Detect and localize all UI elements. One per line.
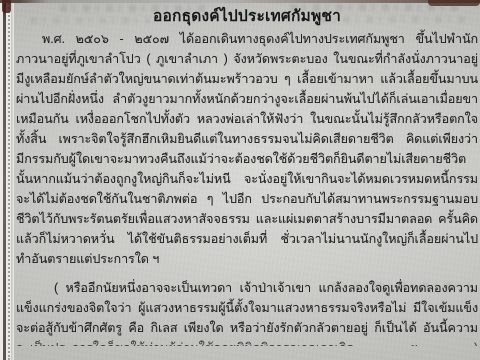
binding-perforation	[8, 0, 10, 360]
text-line: ทั้งสิ้น เพราะจิตใจรู้สึกฮึกเหิมยินดีแต่…	[16, 129, 478, 149]
text-line: ภาวนาอยู่ที่ภูเขาลำโปว ( ภูเขาลำเภา ) จั…	[16, 49, 478, 69]
top-left-dark-mark	[2, 0, 11, 13]
text-line: นั้นหากแม้นว่าต้องถูกงูใหญ่กินก็จะไม่หนี…	[16, 169, 478, 189]
partial-cutoff-line: จะเป็นประการใดก็ขอให้ท่านผู้อ่านใช้ดุลยพ…	[16, 338, 478, 346]
page-text-block: ออกธุดงค์ไปประเทศกัมพูชา พ.ศ. ๒๕๐๖ - ๒๕๐…	[16, 5, 478, 346]
text-line: มีกรรมกับผู้ใดเขาจะมาทวงคืนถึงแม้ว่าจะต้…	[16, 149, 478, 169]
binding-shadow	[11, 0, 14, 360]
text-line: ผ่านไปอีกฝั่งหนึ่ง ลำตัวงูยาวมากทั้งหนัก…	[16, 89, 478, 109]
top-edge-shadow	[0, 0, 480, 3]
text-line: ชีวิตไว้กับพระรัตนตรัยเพื่อแสวงหาสัจจธรร…	[16, 209, 478, 229]
page-title: ออกธุดงค์ไปประเทศกัมพูชา	[16, 5, 478, 29]
text-line: แล้วก็ไม่หวาดหวั่น ได้ใช้ขันติธรรมอย่างเ…	[16, 229, 478, 249]
text-line: จะได้ไม่ต้องชดใช้กันในชาติภพต่อ ๆ ไปอีก …	[16, 189, 478, 209]
text-line: เหมือนกัน เหงื่อออกโชกไปทั้งตัว หลวงพ่อเ…	[16, 109, 478, 129]
book-binding-edge	[0, 0, 14, 360]
text-line: มีงูเหลือมยักษ์ลำตัวใหญ่ขนาดเท่าต้นมะพร้…	[16, 69, 478, 89]
page-edge-line	[3, 0, 6, 360]
text-line: ทำอันตรายแต่ประการใด ฯ	[16, 249, 478, 269]
text-line: จะต่อสู้กับข้าศึกศัตรู คือ กิเลส เพียงใด…	[16, 318, 478, 338]
text-line: ( หรืออีกนัยหนึ่งอาจจะเป็นเทวดา เจ้าป่าเ…	[16, 278, 478, 298]
scanned-book-page: ออกธุดงค์ไปประเทศกัมพูชา พ.ศ. ๒๕๐๖ - ๒๕๐…	[0, 0, 480, 360]
text-line: พ.ศ. ๒๕๐๖ - ๒๕๐๗ ได้ออกเดินทางธุดงค์ไปทา…	[16, 29, 478, 49]
text-line: แข็งแกร่งของจิตใจว่า ผู้แสวงหาธรรมผู้นี้…	[16, 298, 478, 318]
